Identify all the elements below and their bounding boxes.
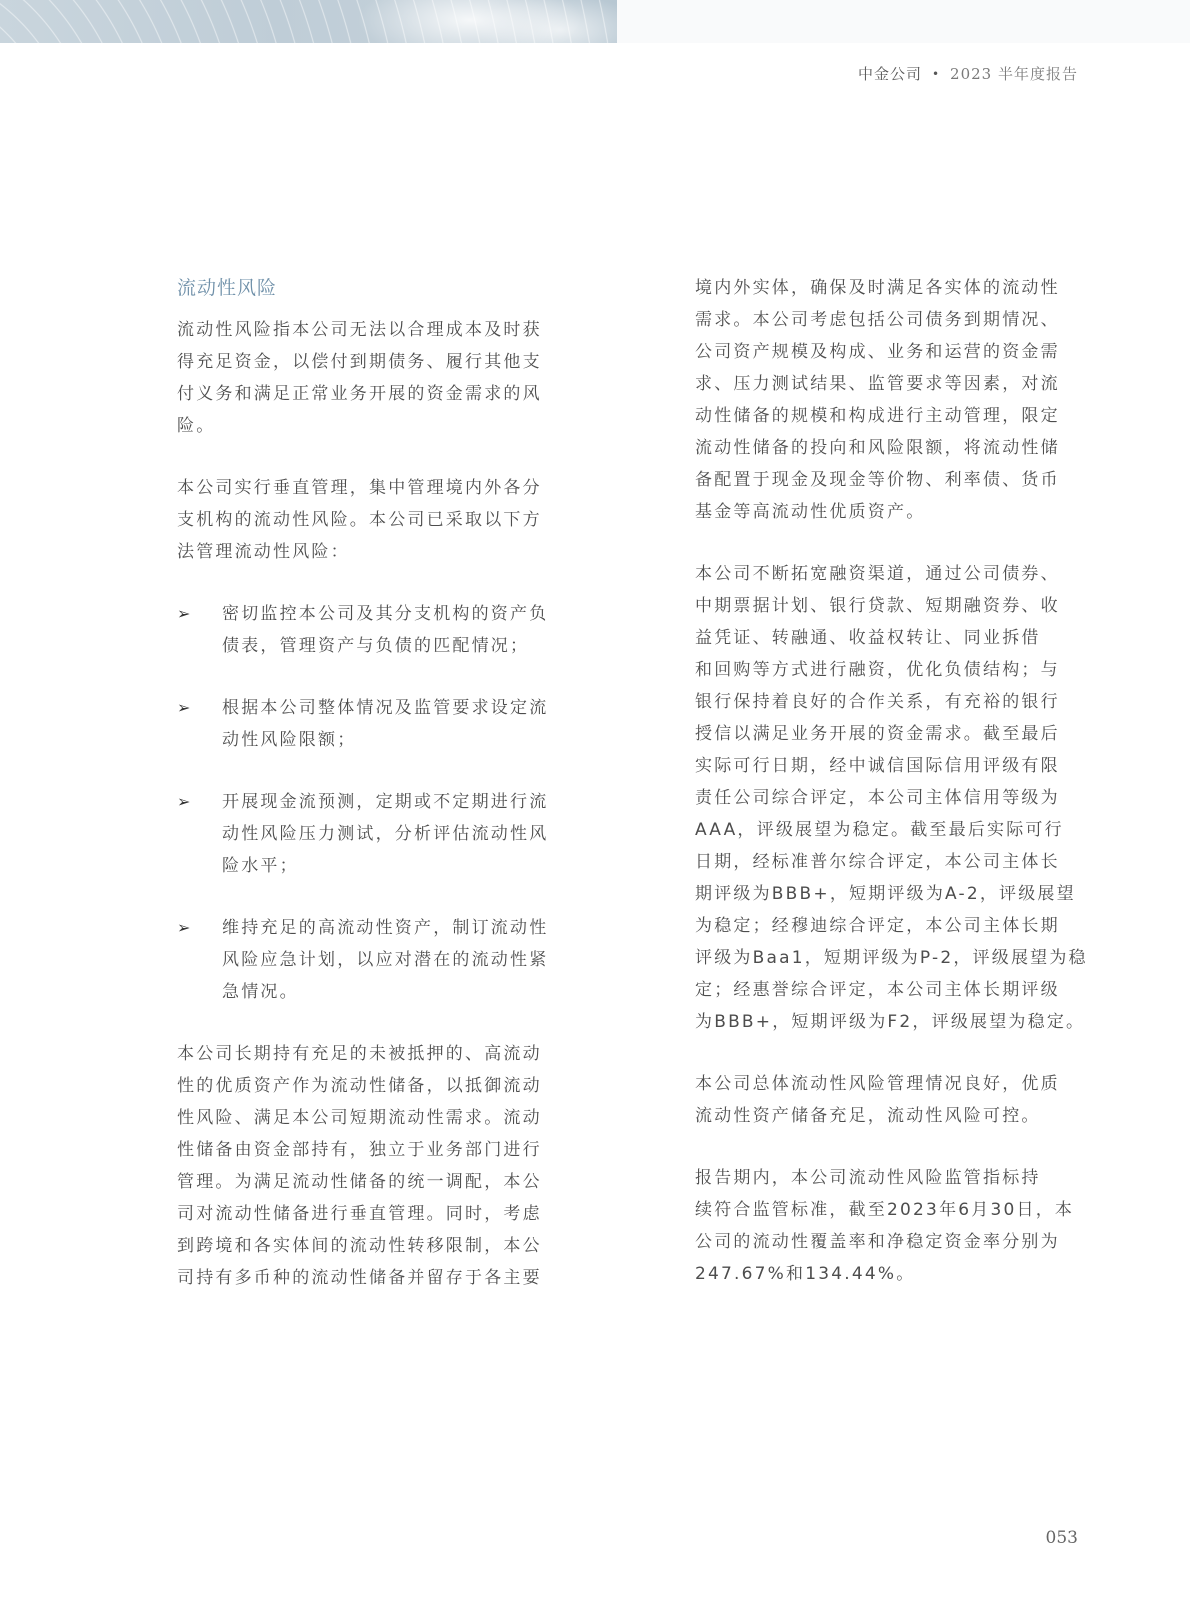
text-line: 流动性储备的投向和风险限额，将流动性储 <box>695 432 1085 464</box>
header-separator-icon: • <box>932 67 940 81</box>
text-line: 银行保持着良好的合作关系，有充裕的银行 <box>695 686 1085 718</box>
decorative-banner-image <box>0 0 617 43</box>
arrowhead-bullet-icon: ➢ <box>177 692 190 724</box>
text-line: 支机构的流动性风险。本公司已采取以下方 <box>177 504 567 536</box>
text-line: 授信以满足业务开展的资金需求。截至最后 <box>695 718 1085 750</box>
text-line: 债表，管理资产与负债的匹配情况； <box>222 630 567 662</box>
text-line: 续符合监管标准，截至2023年6月30日，本 <box>695 1194 1085 1226</box>
text-line: 责任公司综合评定，本公司主体信用等级为 <box>695 782 1085 814</box>
text-line: 定；经惠誉综合评定，本公司主体长期评级 <box>695 974 1085 1006</box>
text-line: 实际可行日期，经中诚信国际信用评级有限 <box>695 750 1085 782</box>
arrowhead-bullet-icon: ➢ <box>177 786 190 818</box>
text-line: 求、压力测试结果、监管要求等因素，对流 <box>695 368 1085 400</box>
paragraph-definition: 流动性风险指本公司无法以合理成本及时获 得充足资金，以偿付到期债务、履行其他支 … <box>177 314 567 442</box>
text-line: 付义务和满足正常业务开展的资金需求的风 <box>177 378 567 410</box>
bullet-item: ➢ 维持充足的高流动性资产，制订流动性 风险应急计划，以应对潜在的流动性紧 急情… <box>177 912 567 1008</box>
text-line: 备配置于现金及现金等价物、利率债、货币 <box>695 464 1085 496</box>
running-header: 中金公司 • 2023 半年度报告 <box>858 63 1078 84</box>
text-line: 和回购等方式进行融资，优化负债结构；与 <box>695 654 1085 686</box>
text-line: 管理。为满足流动性储备的统一调配，本公 <box>177 1166 567 1198</box>
text-line: 密切监控本公司及其分支机构的资产负 <box>222 598 567 630</box>
text-line: 益凭证、转融通、收益权转让、同业拆借 <box>695 622 1085 654</box>
text-line: 性风险、满足本公司短期流动性需求。流动 <box>177 1102 567 1134</box>
left-column: 流动性风险 流动性风险指本公司无法以合理成本及时获 得充足资金，以偿付到期债务、… <box>177 272 567 1324</box>
text-line: 报告期内，本公司流动性风险监管指标持 <box>695 1162 1085 1194</box>
paragraph-liquidity-reserve: 本公司长期持有充足的未被抵押的、高流动 性的优质资产作为流动性储备，以抵御流动 … <box>177 1038 567 1294</box>
arrowhead-bullet-icon: ➢ <box>177 912 190 944</box>
paragraph-overall-assessment: 本公司总体流动性风险管理情况良好，优质 流动性资产储备充足，流动性风险可控。 <box>695 1068 1085 1132</box>
text-line: 基金等高流动性优质资产。 <box>695 496 1085 528</box>
section-title: 流动性风险 <box>177 272 567 304</box>
text-line: 公司资产规模及构成、业务和运营的资金需 <box>695 336 1085 368</box>
text-line: 险水平； <box>222 850 567 882</box>
text-line: 动性风险限额； <box>222 724 567 756</box>
text-line: 本公司总体流动性风险管理情况良好，优质 <box>695 1068 1085 1100</box>
text-line: 法管理流动性风险： <box>177 536 567 568</box>
text-line: 险。 <box>177 410 567 442</box>
text-line: 动性储备的规模和构成进行主动管理，限定 <box>695 400 1085 432</box>
text-line: 司对流动性储备进行垂直管理。同时，考虑 <box>177 1198 567 1230</box>
bullet-item: ➢ 开展现金流预测，定期或不定期进行流 动性风险压力测试，分析评估流动性风 险水… <box>177 786 567 882</box>
text-line: 流动性资产储备充足，流动性风险可控。 <box>695 1100 1085 1132</box>
bullet-item: ➢ 根据本公司整体情况及监管要求设定流 动性风险限额； <box>177 692 567 756</box>
text-line: 风险应急计划，以应对潜在的流动性紧 <box>222 944 567 976</box>
text-line: 本公司实行垂直管理，集中管理境内外各分 <box>177 472 567 504</box>
right-column: 境内外实体，确保及时满足各实体的流动性 需求。本公司考虑包括公司债务到期情况、 … <box>695 272 1085 1320</box>
text-line: 到跨境和各实体间的流动性转移限制，本公 <box>177 1230 567 1262</box>
text-line: 247.67%和134.44%。 <box>695 1258 1085 1290</box>
text-line: 中期票据计划、银行贷款、短期融资券、收 <box>695 590 1085 622</box>
page-number: 053 <box>1046 1528 1078 1548</box>
header-company: 中金公司 <box>858 63 922 84</box>
paragraph-regulatory-indicators: 报告期内，本公司流动性风险监管指标持 续符合监管标准，截至2023年6月30日，… <box>695 1162 1085 1290</box>
paragraph-management-approach: 本公司实行垂直管理，集中管理境内外各分 支机构的流动性风险。本公司已采取以下方 … <box>177 472 567 568</box>
text-line: 性的优质资产作为流动性储备，以抵御流动 <box>177 1070 567 1102</box>
text-line: 评级为Baa1，短期评级为P-2，评级展望为稳 <box>695 942 1085 974</box>
text-line: 境内外实体，确保及时满足各实体的流动性 <box>695 272 1085 304</box>
text-line: 期评级为BBB+，短期评级为A-2，评级展望 <box>695 878 1085 910</box>
text-line: 开展现金流预测，定期或不定期进行流 <box>222 786 567 818</box>
text-line: 急情况。 <box>222 976 567 1008</box>
text-line: 司持有多币种的流动性储备并留存于各主要 <box>177 1262 567 1294</box>
text-line: 得充足资金，以偿付到期债务、履行其他支 <box>177 346 567 378</box>
text-line: 性储备由资金部持有，独立于业务部门进行 <box>177 1134 567 1166</box>
text-line: 动性风险压力测试，分析评估流动性风 <box>222 818 567 850</box>
text-line: 为稳定；经穆迪综合评定，本公司主体长期 <box>695 910 1085 942</box>
text-line: 流动性风险指本公司无法以合理成本及时获 <box>177 314 567 346</box>
text-line: 本公司长期持有充足的未被抵押的、高流动 <box>177 1038 567 1070</box>
text-line: 本公司不断拓宽融资渠道，通过公司债券、 <box>695 558 1085 590</box>
text-line: 日期，经标准普尔综合评定，本公司主体长 <box>695 846 1085 878</box>
text-line: 维持充足的高流动性资产，制订流动性 <box>222 912 567 944</box>
header-report-title: 2023 半年度报告 <box>950 63 1078 84</box>
arrowhead-bullet-icon: ➢ <box>177 598 190 630</box>
text-line: 公司的流动性覆盖率和净稳定资金率分别为 <box>695 1226 1085 1258</box>
text-line: 根据本公司整体情况及监管要求设定流 <box>222 692 567 724</box>
paragraph-financing-ratings: 本公司不断拓宽融资渠道，通过公司债券、 中期票据计划、银行贷款、短期融资券、收 … <box>695 558 1085 1038</box>
paragraph-reserve-continued: 境内外实体，确保及时满足各实体的流动性 需求。本公司考虑包括公司债务到期情况、 … <box>695 272 1085 528</box>
text-line: 为BBB+，短期评级为F2，评级展望为稳定。 <box>695 1006 1085 1038</box>
text-line: 需求。本公司考虑包括公司债务到期情况、 <box>695 304 1085 336</box>
bullet-item: ➢ 密切监控本公司及其分支机构的资产负 债表，管理资产与负债的匹配情况； <box>177 598 567 662</box>
text-line: AAA，评级展望为稳定。截至最后实际可行 <box>695 814 1085 846</box>
